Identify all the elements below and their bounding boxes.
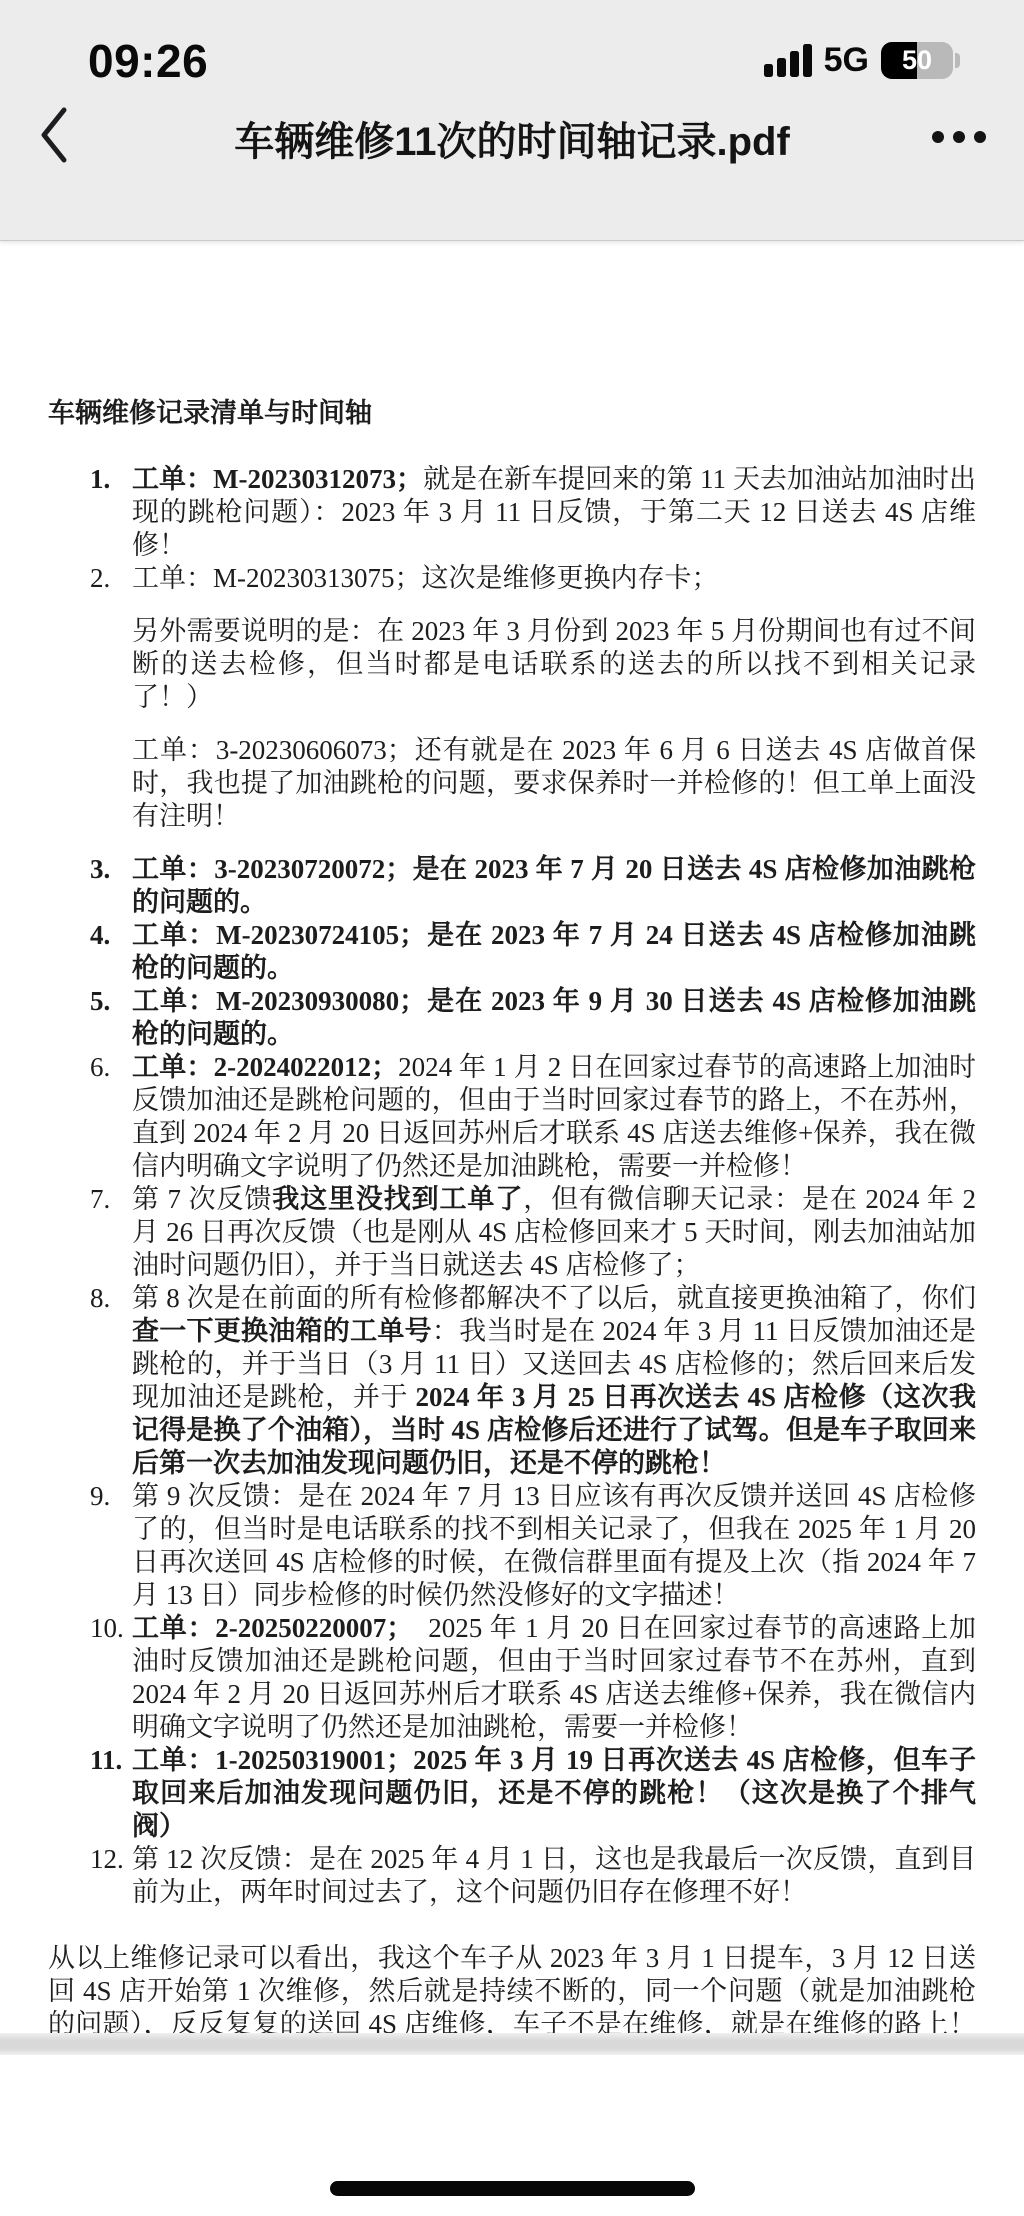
list-item-10: 10.工单：2-20250220007； 2025 年 1 月 20 日在回家过… bbox=[48, 1612, 976, 1744]
chevron-left-icon bbox=[37, 104, 71, 166]
battery-cap bbox=[955, 53, 960, 68]
home-indicator[interactable] bbox=[330, 2181, 695, 2196]
list-item-2: 2.工单：M-20230313075；这次是维修更换内存卡； bbox=[48, 562, 976, 595]
top-chrome: 09:26 5G 50 车辆维修11次的时间轴记录.pdf bbox=[0, 0, 1024, 241]
ellipsis-icon bbox=[932, 131, 944, 143]
battery-icon: 50 bbox=[881, 42, 960, 79]
list-item-12: 12.第 12 次反馈：是在 2025 年 4 月 1 日，这也是我最后一次反馈… bbox=[48, 1843, 976, 1909]
item-number: 12. bbox=[90, 1843, 132, 1876]
list-item-4: 4.工单：M-20230724105；是在 2023 年 7 月 24 日送去 … bbox=[48, 919, 976, 985]
item-number: 4. bbox=[90, 919, 132, 952]
item-number: 10. bbox=[90, 1612, 132, 1645]
file-title: 车辆维修11次的时间轴记录.pdf bbox=[120, 110, 904, 167]
list-item-6: 6.工单：2-2024022012；2024 年 1 月 2 日在回家过春节的高… bbox=[48, 1051, 976, 1183]
list-item-3: 3.工单：3-20230720072；是在 2023 年 7 月 20 日送去 … bbox=[48, 853, 976, 919]
item-number: 3. bbox=[90, 853, 132, 886]
page-break-gap bbox=[0, 2033, 1024, 2055]
pdf-viewport[interactable]: 车辆维修记录清单与时间轴 1.工单：M-20230312073；就是在新车提回来… bbox=[0, 241, 1024, 2216]
item-number: 5. bbox=[90, 985, 132, 1018]
ellipsis-icon bbox=[974, 131, 986, 143]
status-time: 09:26 bbox=[88, 34, 208, 88]
item-number: 9. bbox=[90, 1480, 132, 1513]
item-number: 6. bbox=[90, 1051, 132, 1084]
ellipsis-icon bbox=[953, 131, 965, 143]
nav-bar: 车辆维修11次的时间轴记录.pdf bbox=[0, 96, 1024, 176]
item-number: 8. bbox=[90, 1282, 132, 1315]
item-number: 2. bbox=[90, 562, 132, 595]
list-item-11: 11.工单：1-20250319001；2025 年 3 月 19 日再次送去 … bbox=[48, 1744, 976, 1843]
item-number: 11. bbox=[90, 1744, 132, 1777]
status-icons: 5G 50 bbox=[764, 38, 960, 82]
list-item-5: 5.工单：M-20230930080；是在 2023 年 9 月 30 日送去 … bbox=[48, 985, 976, 1051]
paragraph: 另外需要说明的是：在 2023 年 3 月份到 2023 年 5 月份期间也有过… bbox=[132, 615, 976, 714]
list-item-1: 1.工单：M-20230312073；就是在新车提回来的第 11 天去加油站加油… bbox=[48, 463, 976, 562]
list-item-9: 9.第 9 次反馈：是在 2024 年 7 月 13 日应该有再次反馈并送回 4… bbox=[48, 1480, 976, 1612]
pdf-page-1: 车辆维修记录清单与时间轴 1.工单：M-20230312073；就是在新车提回来… bbox=[0, 241, 1024, 2033]
paragraph: 工单：3-20230606073；还有就是在 2023 年 6 月 6 日送去 … bbox=[132, 734, 976, 833]
cellular-signal-icon bbox=[764, 43, 812, 77]
back-button[interactable] bbox=[30, 104, 78, 166]
more-button[interactable] bbox=[932, 122, 986, 152]
document-heading: 车辆维修记录清单与时间轴 bbox=[48, 397, 976, 430]
document-blocks: 1.工单：M-20230312073；就是在新车提回来的第 11 天去加油站加油… bbox=[48, 463, 976, 2173]
list-item-8: 8.第 8 次是在前面的所有检修都解决不了以后，就直接更换油箱了，你们查一下更换… bbox=[48, 1282, 976, 1480]
battery-percent: 50 bbox=[902, 47, 932, 74]
item-number: 1. bbox=[90, 463, 132, 496]
list-item-7: 7.第 7 次反馈我这里没找到工单了，但有微信聊天记录：是在 2024 年 2 … bbox=[48, 1183, 976, 1282]
network-type-label: 5G bbox=[824, 43, 869, 77]
item-number: 7. bbox=[90, 1183, 132, 1216]
